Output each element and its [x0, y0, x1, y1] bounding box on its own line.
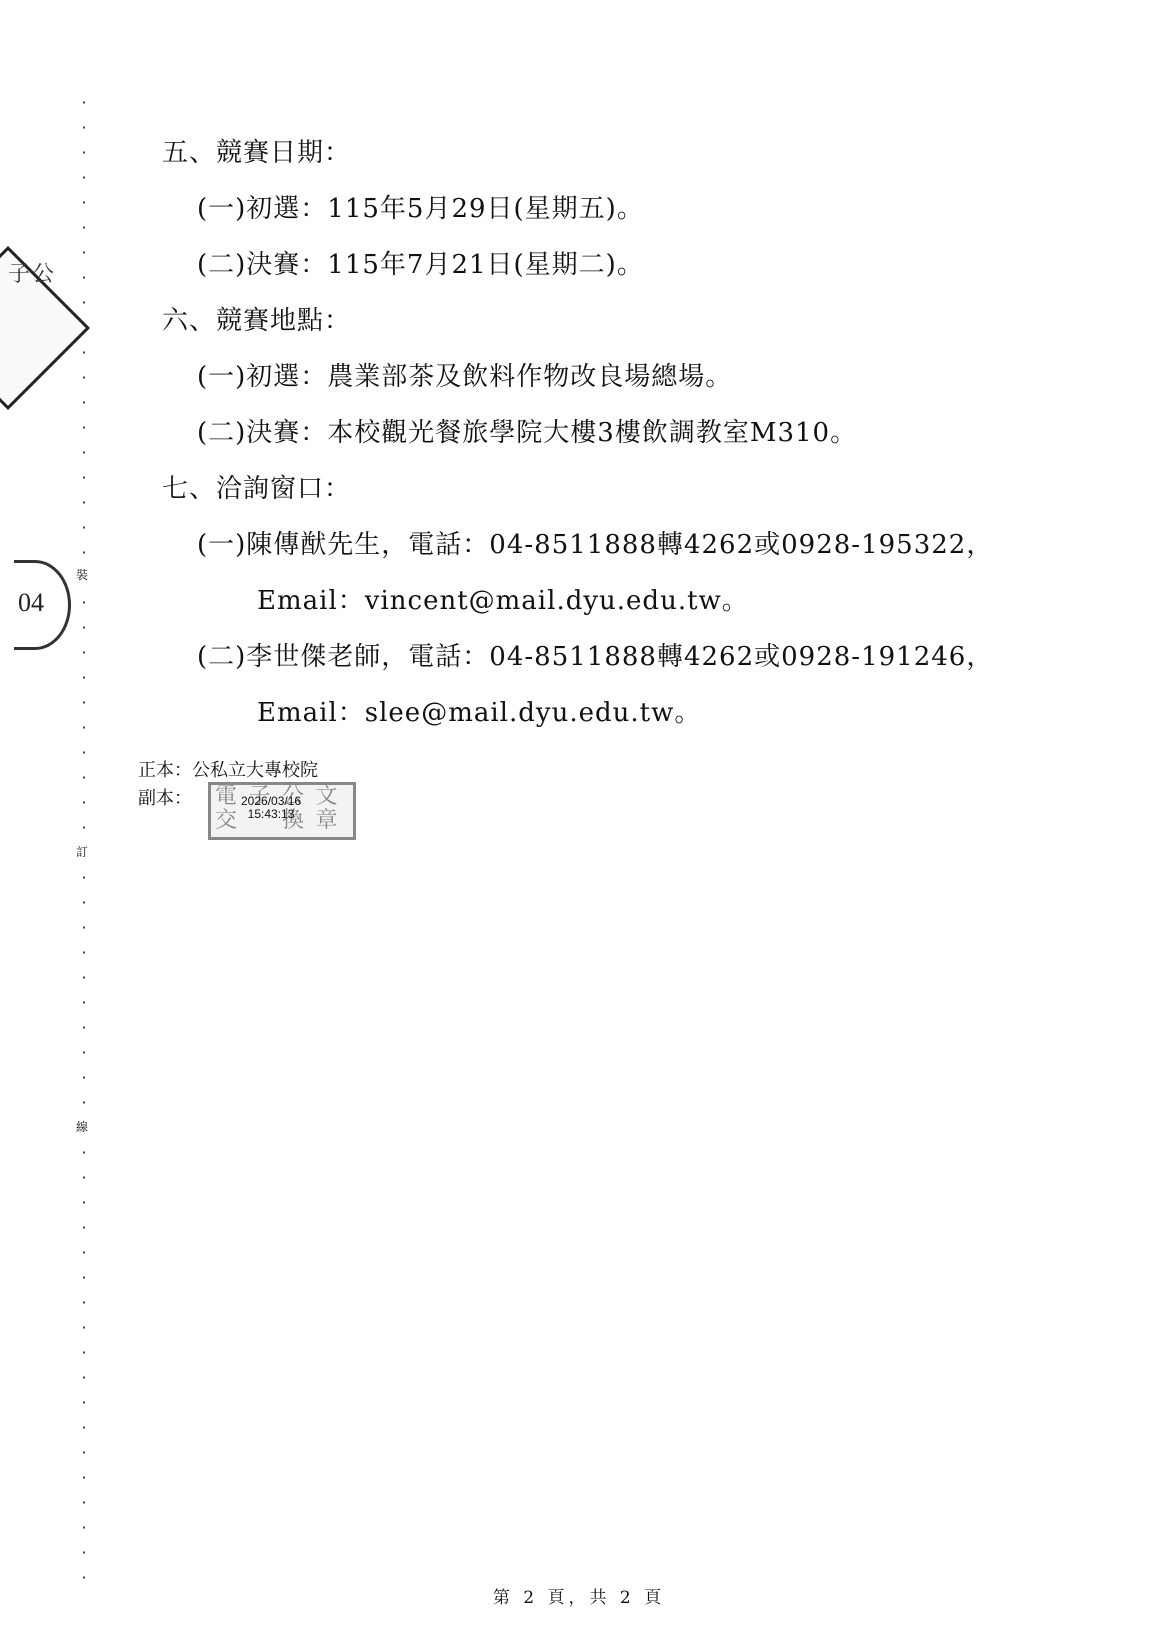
section-heading-contact: 七、洽詢窗口：: [162, 468, 351, 505]
binding-margin-dotted-line: [82, 90, 86, 1580]
contact-1-phone: (一)陳傳猷先生，電話：04-8511888轉4262或0928-195322，: [197, 524, 993, 561]
section-heading-dates: 五、競賽日期：: [162, 132, 351, 169]
stamp-char: 文: [316, 785, 350, 809]
electronic-exchange-stamp: 電 子 公 文 交 換 章 2026/03/16 15:43:13: [208, 782, 356, 840]
date-preliminary: (一)初選：115年5月29日(星期五)。: [197, 188, 644, 225]
distribution-copy: 副本：: [138, 784, 192, 810]
venue-preliminary: (一)初選：農業部茶及飲料作物改良場總場。: [197, 356, 732, 393]
stamp-char: 章: [316, 809, 350, 833]
page-number-footer: 第 2 頁，共 2 頁: [0, 1583, 1158, 1608]
stamp-datetime: 2026/03/16 15:43:13: [241, 795, 301, 821]
contact-2-phone: (二)李世傑老師，電話：04-8511888轉4262或0928-191246，: [197, 636, 993, 673]
venue-final: (二)決賽：本校觀光餐旅學院大樓3樓飲調教室M310。: [197, 412, 857, 449]
date-final: (二)決賽：115年7月21日(星期二)。: [197, 244, 644, 281]
receipt-seal-number: 04: [18, 588, 44, 618]
receipt-seal-text: 子公: [8, 262, 68, 288]
section-heading-venue: 六、競賽地點：: [162, 300, 351, 337]
contact-2-email[interactable]: Email：slee@mail.dyu.edu.tw。: [257, 692, 701, 729]
distribution-original: 正本：公私立大專校院: [138, 756, 318, 782]
margin-label-line: 線: [76, 1120, 88, 1134]
stamp-time: 15:43:13: [241, 808, 301, 821]
contact-1-email[interactable]: Email：vincent@mail.dyu.edu.tw。: [257, 580, 749, 617]
margin-label-staple: 訂: [76, 845, 88, 859]
margin-label-bind: 裝: [76, 568, 88, 582]
